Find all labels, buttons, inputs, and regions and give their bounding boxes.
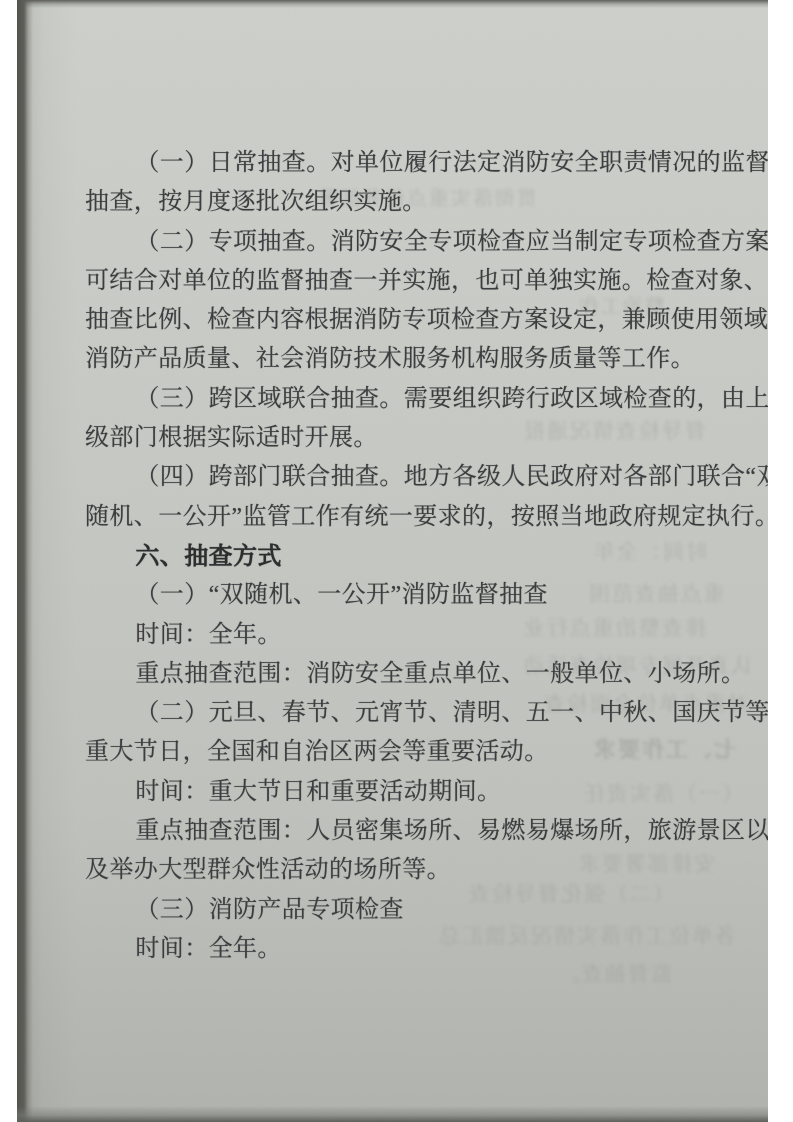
text-line: 六、抽查方式	[85, 537, 721, 576]
paragraph: 时间：全年。	[85, 616, 721, 655]
text-line: 抽查，按月度逐批次组织实施。	[85, 183, 721, 222]
text-line: 级部门根据实际适时开展。	[85, 419, 721, 458]
page-left-edge-shadow	[17, 0, 33, 1122]
paragraph: （一）日常抽查。对单位履行法定消防安全职责情况的监督抽查，按月度逐批次组织实施。	[85, 144, 721, 223]
page-bottom-edge-shadow	[17, 1106, 768, 1122]
paragraph: （一）“双随机、一公开”消防监督抽查	[85, 576, 721, 615]
text-line: （三）消防产品专项检查	[85, 891, 721, 930]
text-line: （二）专项抽查。消防安全专项检查应当制定专项检查方案，	[85, 223, 721, 262]
document-text: （一）日常抽查。对单位履行法定消防安全职责情况的监督抽查，按月度逐批次组织实施。…	[85, 144, 721, 969]
text-line: 时间：全年。	[85, 616, 721, 655]
paragraph: 时间：重大节日和重要活动期间。	[85, 773, 721, 812]
text-line: （四）跨部门联合抽查。地方各级人民政府对各部门联合“双	[85, 458, 721, 497]
text-line: （三）跨区域联合抽查。需要组织跨行政区域检查的，由上	[85, 380, 721, 419]
text-line: 随机、一公开”监管工作有统一要求的，按照当地政府规定执行。	[85, 498, 721, 537]
text-line: 时间：全年。	[85, 930, 721, 969]
paragraph: （二）专项抽查。消防安全专项检查应当制定专项检查方案，可结合对单位的监督抽查一并…	[85, 223, 721, 380]
text-line: （一）日常抽查。对单位履行法定消防安全职责情况的监督	[85, 144, 721, 183]
photo-canvas: { "document": { "kind": "scanned-paper-p…	[0, 0, 793, 1122]
text-line: 可结合对单位的监督抽查一并实施，也可单独实施。检查对象、	[85, 262, 721, 301]
paragraph: （三）跨区域联合抽查。需要组织跨行政区域检查的，由上级部门根据实际适时开展。	[85, 380, 721, 459]
text-line: 消防产品质量、社会消防技术服务机构服务质量等工作。	[85, 340, 721, 379]
text-line: （一）“双随机、一公开”消防监督抽查	[85, 576, 721, 615]
text-line: 重点抽查范围：人员密集场所、易燃易爆场所，旅游景区以	[85, 812, 721, 851]
paragraph: 时间：全年。	[85, 930, 721, 969]
paragraph: 重点抽查范围：消防安全重点单位、一般单位、小场所。	[85, 655, 721, 694]
text-line: （二）元旦、春节、元宵节、清明、五一、中秋、国庆节等	[85, 694, 721, 733]
text-line: 重点抽查范围：消防安全重点单位、一般单位、小场所。	[85, 655, 721, 694]
section-heading: 六、抽查方式	[85, 537, 721, 576]
text-line: 及举办大型群众性活动的场所等。	[85, 851, 721, 890]
text-line: 重大节日，全国和自治区两会等重要活动。	[85, 733, 721, 772]
paragraph: （四）跨部门联合抽查。地方各级人民政府对各部门联合“双随机、一公开”监管工作有统…	[85, 458, 721, 537]
scanned-document-photo: 贯彻落实重点任务部署整治工作督导检查情况通报时间：全年重点抽查范围排查整治重点行…	[0, 0, 793, 1122]
text-line: 时间：重大节日和重要活动期间。	[85, 773, 721, 812]
page-top-edge-shadow	[17, 0, 768, 8]
paragraph: （三）消防产品专项检查	[85, 891, 721, 930]
text-line: 抽查比例、检查内容根据消防专项检查方案设定，兼顾使用领域	[85, 301, 721, 340]
scanned-page: 贯彻落实重点任务部署整治工作督导检查情况通报时间：全年重点抽查范围排查整治重点行…	[17, 0, 768, 1122]
paragraph: 重点抽查范围：人员密集场所、易燃易爆场所，旅游景区以及举办大型群众性活动的场所等…	[85, 812, 721, 891]
paragraph: （二）元旦、春节、元宵节、清明、五一、中秋、国庆节等重大节日，全国和自治区两会等…	[85, 694, 721, 773]
